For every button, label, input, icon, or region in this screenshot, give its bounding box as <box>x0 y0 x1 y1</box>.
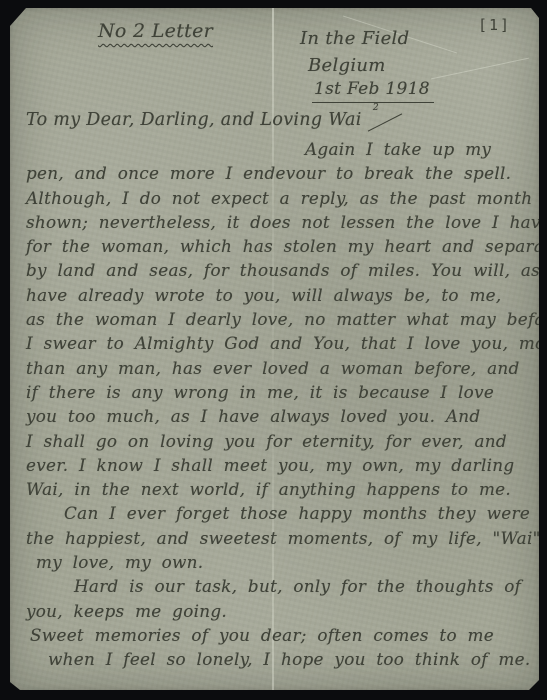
dateline-country: Belgium <box>308 55 386 76</box>
crease-line <box>431 58 529 80</box>
letter-line: shown; nevertheless, it does not lessen … <box>26 212 531 236</box>
pen-flourish-stroke <box>367 113 401 131</box>
letter-line: Can I ever forget those happy months the… <box>64 503 531 527</box>
letter-line: Sweet memories of you dear; often comes … <box>30 625 531 649</box>
page-marker: [1] <box>478 16 511 34</box>
letter-line: than any man, has ever loved a woman bef… <box>26 358 531 382</box>
photo-background: No 2 Letter [1] In the Field Belgium 1st… <box>0 0 547 700</box>
letter-line: my love, my own. <box>36 552 531 576</box>
dateline-place: In the Field <box>300 28 409 49</box>
letter-line: Again I take up my <box>305 139 531 163</box>
letter-line: ever. I know I shall meet you, my own, m… <box>26 455 531 479</box>
dateline-date: 1st Feb 1918 2 <box>312 79 434 103</box>
letter-line: as the woman I dearly love, no matter wh… <box>26 309 531 333</box>
letter-line: for the woman, which has stolen my heart… <box>26 236 531 260</box>
letter-body: Again I take up my pen, and once more I … <box>26 139 531 674</box>
letter-line: I swear to Almighty God and You, that I … <box>26 333 531 357</box>
letter-line: I shall go on loving you for eternity, f… <box>26 431 531 455</box>
letter-line: Hard is our task, but, only for the thou… <box>74 576 531 600</box>
letter-line: by land and seas, for thousands of miles… <box>26 260 531 284</box>
letter-line: you, keeps me going. <box>26 601 531 625</box>
letter-line: the happiest, and sweetest moments, of m… <box>26 528 531 552</box>
salutation: To my Dear, Darling, and Loving Wai <box>26 110 404 130</box>
letter-number-label: No 2 Letter <box>98 20 213 42</box>
letter-line: have already wrote to you, will always b… <box>26 285 531 309</box>
letter-line: when I feel so lonely, I hope you too th… <box>48 649 531 673</box>
letter-line: if there is any wrong in me, it is becau… <box>26 382 531 406</box>
letter-line: pen, and once more I endevour to break t… <box>26 163 531 187</box>
dateline-date-text: 1st Feb 1918 <box>314 79 430 99</box>
letter-line: you too much, as I have always loved you… <box>26 406 531 430</box>
letter-line: Although, I do not expect a reply, as th… <box>26 188 531 212</box>
letter-line: Wai, in the next world, if anything happ… <box>26 479 531 503</box>
letter-paper: No 2 Letter [1] In the Field Belgium 1st… <box>10 8 539 690</box>
salutation-text: To my Dear, Darling, and Loving Wai <box>26 110 362 130</box>
